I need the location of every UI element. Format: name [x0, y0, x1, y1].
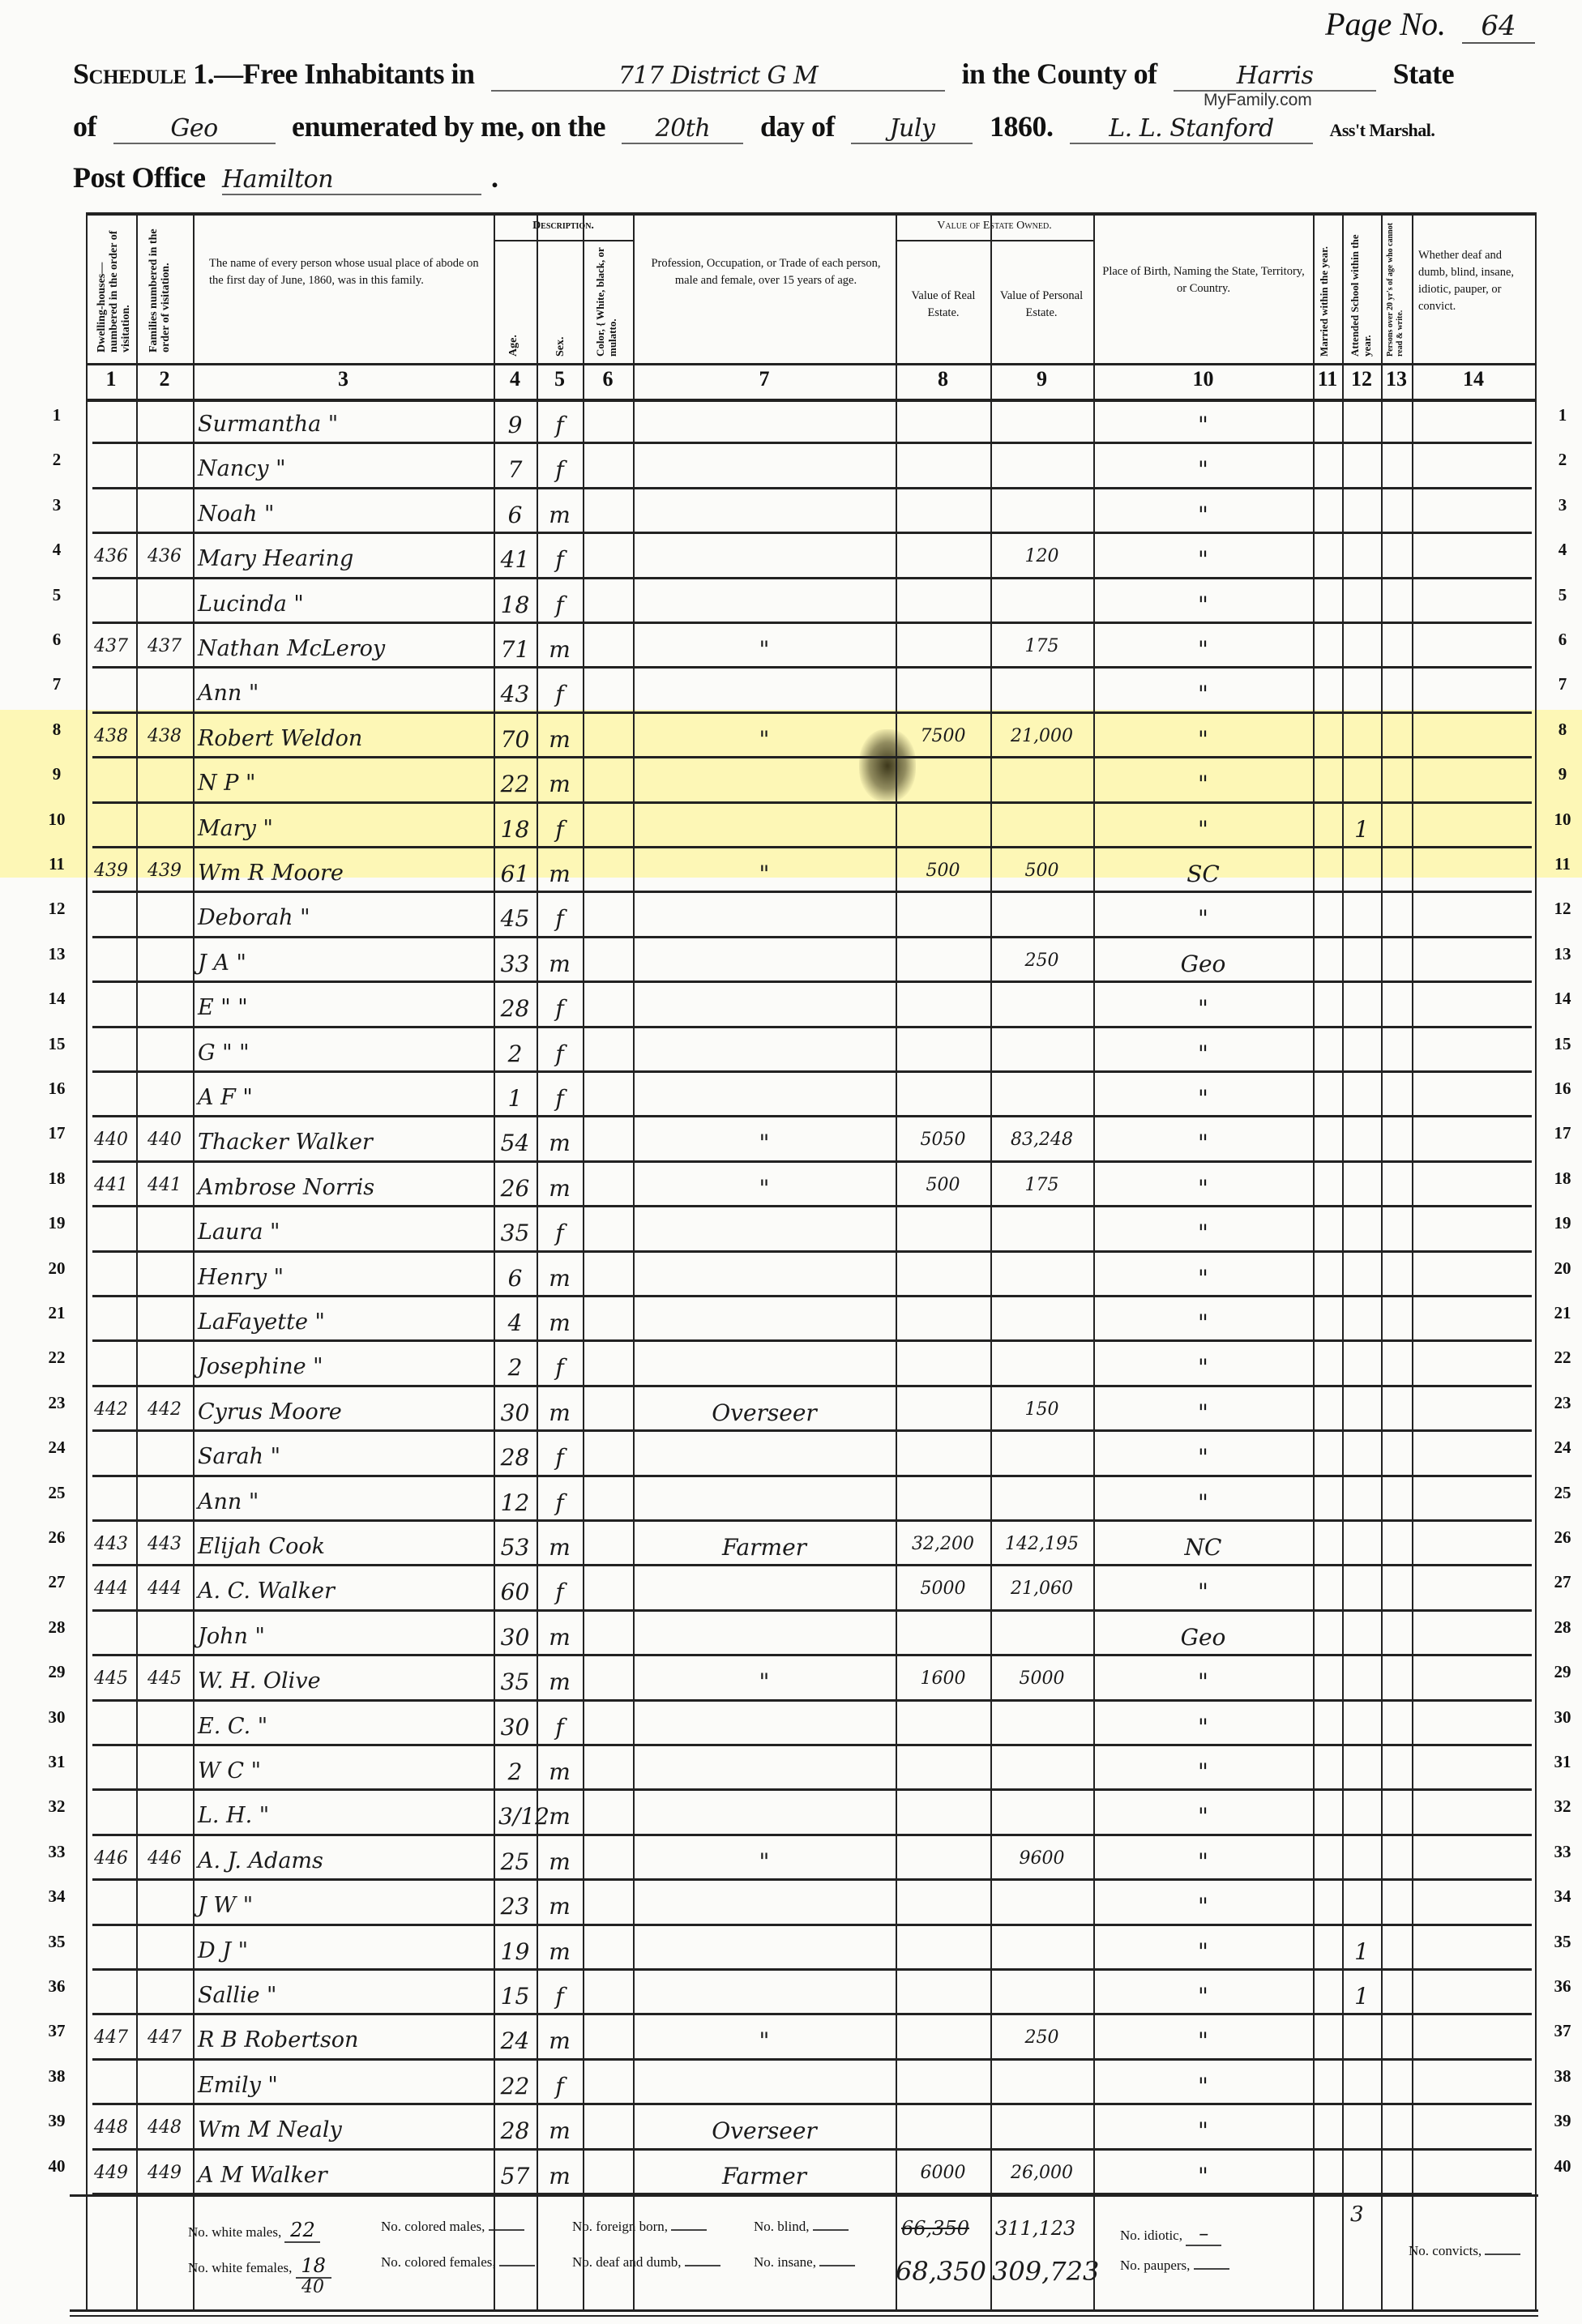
person-name: Henry " — [198, 1265, 489, 1290]
grid-line — [92, 2058, 1532, 2061]
col-8-header: Value of Real Estate. — [900, 288, 987, 322]
person-name: E. C. " — [198, 1714, 489, 1739]
page-number-label: Page No. — [1325, 6, 1446, 42]
age: 71 — [498, 636, 532, 663]
occupation: " — [638, 636, 891, 663]
age: 7 — [498, 456, 532, 483]
day-of-label: day of — [760, 110, 835, 143]
grid-line — [70, 2194, 1538, 2197]
sex: m — [541, 1893, 578, 1920]
line-number-left: 33 — [42, 1842, 71, 1862]
age: 24 — [498, 2027, 532, 2054]
person-name: Sarah " — [198, 1444, 489, 1469]
birthplace: " — [1098, 1309, 1308, 1336]
birthplace: " — [1098, 456, 1308, 483]
line-number-left: 17 — [42, 1123, 71, 1143]
schedule-heading: Schedule 1.—Free Inhabitants in 717 Dist… — [73, 57, 1454, 92]
col-14-header: Whether deaf and dumb, blind, insane, id… — [1418, 247, 1532, 315]
col-1-header: Dwelling-houses— numbered in the order o… — [96, 223, 132, 352]
age: 28 — [498, 1444, 532, 1471]
line-number-left: 40 — [42, 2156, 71, 2177]
line-number-right: 15 — [1548, 1034, 1577, 1054]
line-number-left: 20 — [42, 1258, 71, 1279]
occupation: Farmer — [638, 2163, 891, 2189]
line-number-right: 3 — [1548, 495, 1577, 515]
person-name: L. H. " — [198, 1803, 489, 1828]
grid-line — [92, 891, 1532, 893]
real-estate-value: 500 — [900, 1175, 986, 1195]
line-number-left: 34 — [42, 1886, 71, 1907]
grid-line — [896, 212, 897, 2309]
line-number-right: 4 — [1548, 540, 1577, 560]
birthplace: " — [1098, 1444, 1308, 1471]
family-number: 445 — [141, 1668, 188, 1689]
line-number-right: 34 — [1548, 1886, 1577, 1907]
person-name: Robert Weldon — [198, 726, 489, 751]
age: 18 — [498, 816, 532, 843]
occupation: " — [638, 1130, 891, 1156]
age: 30 — [498, 1624, 532, 1651]
line-number-right: 14 — [1548, 989, 1577, 1009]
line-number-left: 2 — [42, 450, 71, 470]
grid-line — [86, 399, 1535, 402]
col-7-header: Profession, Occupation, or Trade of each… — [640, 255, 891, 289]
description-group-header: Description. — [494, 217, 633, 234]
line-number-left: 25 — [42, 1483, 71, 1503]
line-number-left: 13 — [42, 944, 71, 964]
occupation: Farmer — [638, 1534, 891, 1561]
age: 70 — [498, 726, 532, 753]
line-number-right: 8 — [1548, 720, 1577, 740]
col-12-header: Attended School within the year. — [1349, 223, 1373, 357]
personal-estate-value: 21,000 — [995, 726, 1088, 746]
line-number-right: 38 — [1548, 2066, 1577, 2087]
line-number-left: 35 — [42, 1932, 71, 1952]
grid-line — [1381, 212, 1383, 2309]
idiotic-count: No. idiotic, – — [1120, 2222, 1221, 2246]
grid-line — [92, 1834, 1532, 1836]
grid-line — [193, 212, 195, 2309]
grid-line — [92, 1699, 1532, 1702]
grid-line — [633, 212, 635, 2309]
line-number-left: 23 — [42, 1393, 71, 1413]
line-number-right: 24 — [1548, 1438, 1577, 1458]
line-number-right: 2 — [1548, 450, 1577, 470]
grid-line — [92, 1744, 1532, 1746]
age: 6 — [498, 502, 532, 528]
grid-line — [92, 1205, 1532, 1207]
birthplace: " — [1098, 1803, 1308, 1830]
grid-line — [990, 212, 992, 2309]
sex: m — [541, 2117, 578, 2144]
line-number-right: 18 — [1548, 1168, 1577, 1189]
birthplace: " — [1098, 726, 1308, 753]
age: 61 — [498, 861, 532, 887]
real-estate-value: 5050 — [900, 1130, 986, 1150]
person-name: Cyrus Moore — [198, 1399, 489, 1425]
grid-line — [86, 212, 88, 2309]
grid-line — [92, 1115, 1532, 1117]
line-number-right: 35 — [1548, 1932, 1577, 1952]
line-number-right: 40 — [1548, 2156, 1577, 2177]
col-6-header: Color, { White, black, or mulatto. — [594, 243, 618, 357]
person-name: D J " — [198, 1938, 489, 1963]
dwelling-number: 448 — [91, 2117, 131, 2138]
line-number-right: 9 — [1548, 764, 1577, 784]
sex: f — [541, 456, 578, 483]
birthplace: " — [1098, 681, 1308, 707]
birthplace: " — [1098, 1130, 1308, 1156]
grid-line — [92, 1788, 1532, 1791]
personal-estate-value: 5000 — [995, 1668, 1088, 1689]
real-estate-value: 500 — [900, 861, 986, 881]
person-name: Deborah " — [198, 905, 489, 930]
paupers-count: No. paupers, — [1120, 2258, 1229, 2274]
line-number-right: 36 — [1548, 1976, 1577, 1997]
sex: m — [541, 1624, 578, 1651]
birthplace: " — [1098, 1938, 1308, 1965]
person-name: Sallie " — [198, 1983, 489, 2008]
dwelling-number: 436 — [91, 546, 131, 566]
line-number-left: 8 — [42, 720, 71, 740]
column-number-3: 3 — [193, 367, 494, 391]
line-number-right: 11 — [1548, 854, 1577, 874]
sex: f — [541, 1040, 578, 1067]
grid-line — [92, 1609, 1532, 1612]
col-11-header: Married within the year. — [1318, 223, 1330, 357]
line-number-right: 21 — [1548, 1303, 1577, 1323]
grid-line — [92, 666, 1532, 669]
grid-line — [86, 212, 1535, 216]
sex: f — [541, 412, 578, 438]
person-name: Wm M Nealy — [198, 2117, 489, 2142]
line-number-left: 26 — [42, 1527, 71, 1548]
sex: m — [541, 1265, 578, 1292]
sex: f — [541, 995, 578, 1022]
dwelling-number: 449 — [91, 2163, 131, 2183]
grid-line — [1342, 212, 1344, 2309]
occupation: " — [638, 1668, 891, 1695]
sex: f — [541, 2073, 578, 2100]
family-number: 441 — [141, 1175, 188, 1195]
person-name: Mary Hearing — [198, 546, 489, 571]
line-number-right: 22 — [1548, 1348, 1577, 1368]
dwelling-number: 438 — [91, 726, 131, 746]
column-number-4: 4 — [494, 367, 537, 391]
person-name: Ann " — [198, 1489, 489, 1514]
column-number-8: 8 — [896, 367, 990, 391]
grid-line — [92, 1654, 1532, 1656]
real-estate-value: 6000 — [900, 2163, 986, 2183]
birthplace: " — [1098, 816, 1308, 843]
column-number-14: 14 — [1412, 367, 1535, 391]
family-number: 438 — [141, 726, 188, 746]
line-number-left: 31 — [42, 1752, 71, 1772]
age: 45 — [498, 905, 532, 932]
personal-estate-total: 309,723 — [992, 2256, 1099, 2287]
col-10-header: Place of Birth, Naming the State, Territ… — [1102, 263, 1305, 297]
column-number-9: 9 — [990, 367, 1093, 391]
age: 35 — [498, 1220, 532, 1246]
personal-estate-value: 175 — [995, 636, 1088, 656]
birthplace: " — [1098, 2117, 1308, 2144]
grid-line — [1535, 212, 1537, 2309]
month-field: July — [851, 114, 973, 144]
line-number-right: 33 — [1548, 1842, 1577, 1862]
birthplace: " — [1098, 771, 1308, 797]
grid-line — [92, 1475, 1532, 1477]
column-number-1: 1 — [86, 367, 136, 391]
grid-line — [92, 2013, 1532, 2015]
dwelling-number: 446 — [91, 1848, 131, 1869]
col-5-header: Sex. — [554, 316, 567, 357]
real-estate-total: 68,350 — [896, 2256, 986, 2287]
grid-line — [92, 1429, 1532, 1432]
enumeration-line: of Geo enumerated by me, on the 20th day… — [73, 109, 1434, 144]
age: 15 — [498, 1983, 532, 2010]
line-number-left: 3 — [42, 495, 71, 515]
age: 30 — [498, 1714, 532, 1741]
line-number-left: 14 — [42, 989, 71, 1009]
post-office-label: Post Office — [73, 161, 205, 194]
personal-estate-value: 21,060 — [995, 1579, 1088, 1599]
line-number-right: 31 — [1548, 1752, 1577, 1772]
grid-line — [92, 936, 1532, 938]
line-number-left: 24 — [42, 1438, 71, 1458]
line-number-left: 38 — [42, 2066, 71, 2087]
col-9-header: Value of Personal Estate. — [994, 288, 1089, 322]
col-13-header: Persons over 20 yr's of age who cannot r… — [1386, 220, 1405, 357]
sex: m — [541, 726, 578, 753]
line-number-left: 29 — [42, 1662, 71, 1682]
sex: m — [541, 1758, 578, 1785]
sex: m — [541, 1130, 578, 1156]
birthplace: " — [1098, 1848, 1308, 1875]
personal-estate-value: 150 — [995, 1399, 1088, 1420]
line-number-right: 7 — [1548, 674, 1577, 694]
grid-line — [92, 1519, 1532, 1522]
dwelling-number: 443 — [91, 1534, 131, 1554]
real-estate-value: 1600 — [900, 1668, 986, 1689]
personal-estate-value: 142,195 — [995, 1534, 1088, 1554]
dwelling-number: 444 — [91, 1579, 131, 1599]
birthplace: " — [1098, 412, 1308, 438]
grid-line — [92, 1295, 1532, 1297]
person-name: A. C. Walker — [198, 1579, 489, 1604]
person-name: John " — [198, 1624, 489, 1649]
grid-line — [92, 756, 1532, 758]
attended-school: 1 — [1347, 1983, 1376, 2010]
birthplace: " — [1098, 1668, 1308, 1695]
line-number-right: 29 — [1548, 1662, 1577, 1682]
grid-line — [92, 801, 1532, 804]
line-number-left: 37 — [42, 2021, 71, 2041]
person-name: Wm R Moore — [198, 861, 489, 886]
schedule-title: —Free Inhabitants in — [214, 58, 474, 90]
dwelling-number: 445 — [91, 1668, 131, 1689]
person-name: A. J. Adams — [198, 1848, 489, 1873]
birthplace: " — [1098, 1220, 1308, 1246]
age: 28 — [498, 2117, 532, 2144]
line-number-left: 30 — [42, 1707, 71, 1728]
birthplace: SC — [1098, 861, 1308, 887]
line-number-left: 21 — [42, 1303, 71, 1323]
family-number: 444 — [141, 1579, 188, 1599]
age: 41 — [498, 546, 532, 573]
age: 22 — [498, 771, 532, 797]
birthplace: " — [1098, 1354, 1308, 1381]
age: 19 — [498, 1938, 532, 1965]
state-label: State — [1393, 58, 1454, 90]
grid-line — [537, 212, 538, 2309]
line-number-right: 1 — [1548, 405, 1577, 425]
sex: m — [541, 2163, 578, 2189]
line-number-left: 22 — [42, 1348, 71, 1368]
grid-line — [494, 240, 633, 241]
convicts-count: No. convicts, — [1409, 2243, 1520, 2259]
grid-line — [896, 240, 1093, 241]
sex: m — [541, 1848, 578, 1875]
family-number: 448 — [141, 2117, 188, 2138]
birthplace: Geo — [1098, 1624, 1308, 1651]
age: 2 — [498, 1354, 532, 1381]
post-office-field: Hamilton — [222, 165, 481, 195]
age: 6 — [498, 1265, 532, 1292]
person-name: A M Walker — [198, 2163, 489, 2188]
person-name: Nathan McLeroy — [198, 636, 489, 661]
age: 28 — [498, 995, 532, 1022]
county-field: Harris — [1174, 62, 1376, 92]
age: 54 — [498, 1130, 532, 1156]
occupation: " — [638, 861, 891, 887]
colored-females-count: No. colored females, — [381, 2254, 535, 2271]
grid-line — [92, 1968, 1532, 1971]
age: 18 — [498, 592, 532, 618]
age: 4 — [498, 1309, 532, 1336]
line-number-right: 5 — [1548, 585, 1577, 605]
birthplace: " — [1098, 995, 1308, 1022]
birthplace: " — [1098, 1399, 1308, 1426]
line-number-left: 5 — [42, 585, 71, 605]
age: 23 — [498, 1893, 532, 1920]
line-number-right: 25 — [1548, 1483, 1577, 1503]
person-name: N P " — [198, 771, 489, 796]
sex: m — [541, 2027, 578, 2054]
line-number-left: 4 — [42, 540, 71, 560]
age: 2 — [498, 1758, 532, 1785]
post-office-line: Post Office Hamilton. — [73, 160, 498, 195]
birthplace: " — [1098, 905, 1308, 932]
line-number-right: 39 — [1548, 2111, 1577, 2131]
occupation: " — [638, 726, 891, 753]
sex: m — [541, 771, 578, 797]
person-name: LaFayette " — [198, 1309, 489, 1335]
age: 35 — [498, 1668, 532, 1695]
birthplace: Geo — [1098, 951, 1308, 977]
deaf-dumb-count: No. deaf and dumb, — [572, 2254, 720, 2271]
personal-estate-subtotal: 311,123 — [995, 2217, 1075, 2240]
person-name: Laura " — [198, 1220, 489, 1245]
line-number-right: 13 — [1548, 944, 1577, 964]
person-name: Nancy " — [198, 456, 489, 481]
grid-line — [86, 363, 1535, 365]
person-name: W C " — [198, 1758, 489, 1784]
sex: f — [541, 1579, 578, 1605]
line-number-left: 28 — [42, 1617, 71, 1638]
age: 25 — [498, 1848, 532, 1875]
occupation: Overseer — [638, 1399, 891, 1426]
grid-line — [92, 1564, 1532, 1566]
birthplace: " — [1098, 1040, 1308, 1067]
line-number-right: 32 — [1548, 1796, 1577, 1817]
line-number-left: 27 — [42, 1572, 71, 1592]
line-number-right: 28 — [1548, 1617, 1577, 1638]
age: 12 — [498, 1489, 532, 1516]
family-number: 437 — [141, 636, 188, 656]
personal-estate-value: 120 — [995, 546, 1088, 566]
person-name: Noah " — [198, 502, 489, 527]
column-number-12: 12 — [1342, 367, 1381, 391]
marshal-signature: L. L. Stanford — [1070, 114, 1313, 144]
birthplace: " — [1098, 1714, 1308, 1741]
grid-line — [92, 1070, 1532, 1073]
dwelling-number: 447 — [91, 2027, 131, 2048]
birthplace: " — [1098, 1085, 1308, 1112]
sex: m — [541, 636, 578, 663]
insane-count: No. insane, — [754, 2254, 855, 2271]
person-name: Ambrose Norris — [198, 1175, 489, 1200]
age: 26 — [498, 1175, 532, 1202]
dwelling-number: 440 — [91, 1130, 131, 1150]
line-number-left: 12 — [42, 899, 71, 919]
column-number-6: 6 — [583, 367, 633, 391]
birthplace: " — [1098, 1579, 1308, 1605]
grid-line — [92, 711, 1532, 714]
person-name: G " " — [198, 1040, 489, 1066]
grid-line — [494, 212, 495, 2309]
occupation: " — [638, 1848, 891, 1875]
sex: f — [541, 1983, 578, 2010]
line-number-left: 10 — [42, 810, 71, 830]
grid-line — [92, 487, 1532, 489]
personal-estate-value: 500 — [995, 861, 1088, 881]
day-field: 20th — [622, 114, 743, 144]
of-label: of — [73, 110, 96, 143]
grid-line — [92, 2148, 1532, 2151]
age: 22 — [498, 2073, 532, 2100]
person-name: Elijah Cook — [198, 1534, 489, 1559]
family-number: 439 — [141, 861, 188, 881]
person-name: R B Robertson — [198, 2027, 489, 2053]
line-number-left: 19 — [42, 1213, 71, 1233]
grid-line — [92, 1026, 1532, 1028]
grid-line — [92, 2103, 1532, 2105]
grid-line — [92, 1339, 1532, 1342]
grid-line — [92, 1924, 1532, 1926]
dwelling-number: 439 — [91, 861, 131, 881]
line-number-right: 26 — [1548, 1527, 1577, 1548]
line-number-left: 32 — [42, 1796, 71, 1817]
grid-line — [70, 2315, 1538, 2317]
personal-estate-value: 9600 — [995, 1848, 1088, 1869]
age: 3/12 — [498, 1803, 532, 1830]
person-name: J W " — [198, 1893, 489, 1918]
birthplace: " — [1098, 1265, 1308, 1292]
sex: m — [541, 951, 578, 977]
sex: m — [541, 502, 578, 528]
grid-line — [92, 1878, 1532, 1881]
birthplace: " — [1098, 1758, 1308, 1785]
